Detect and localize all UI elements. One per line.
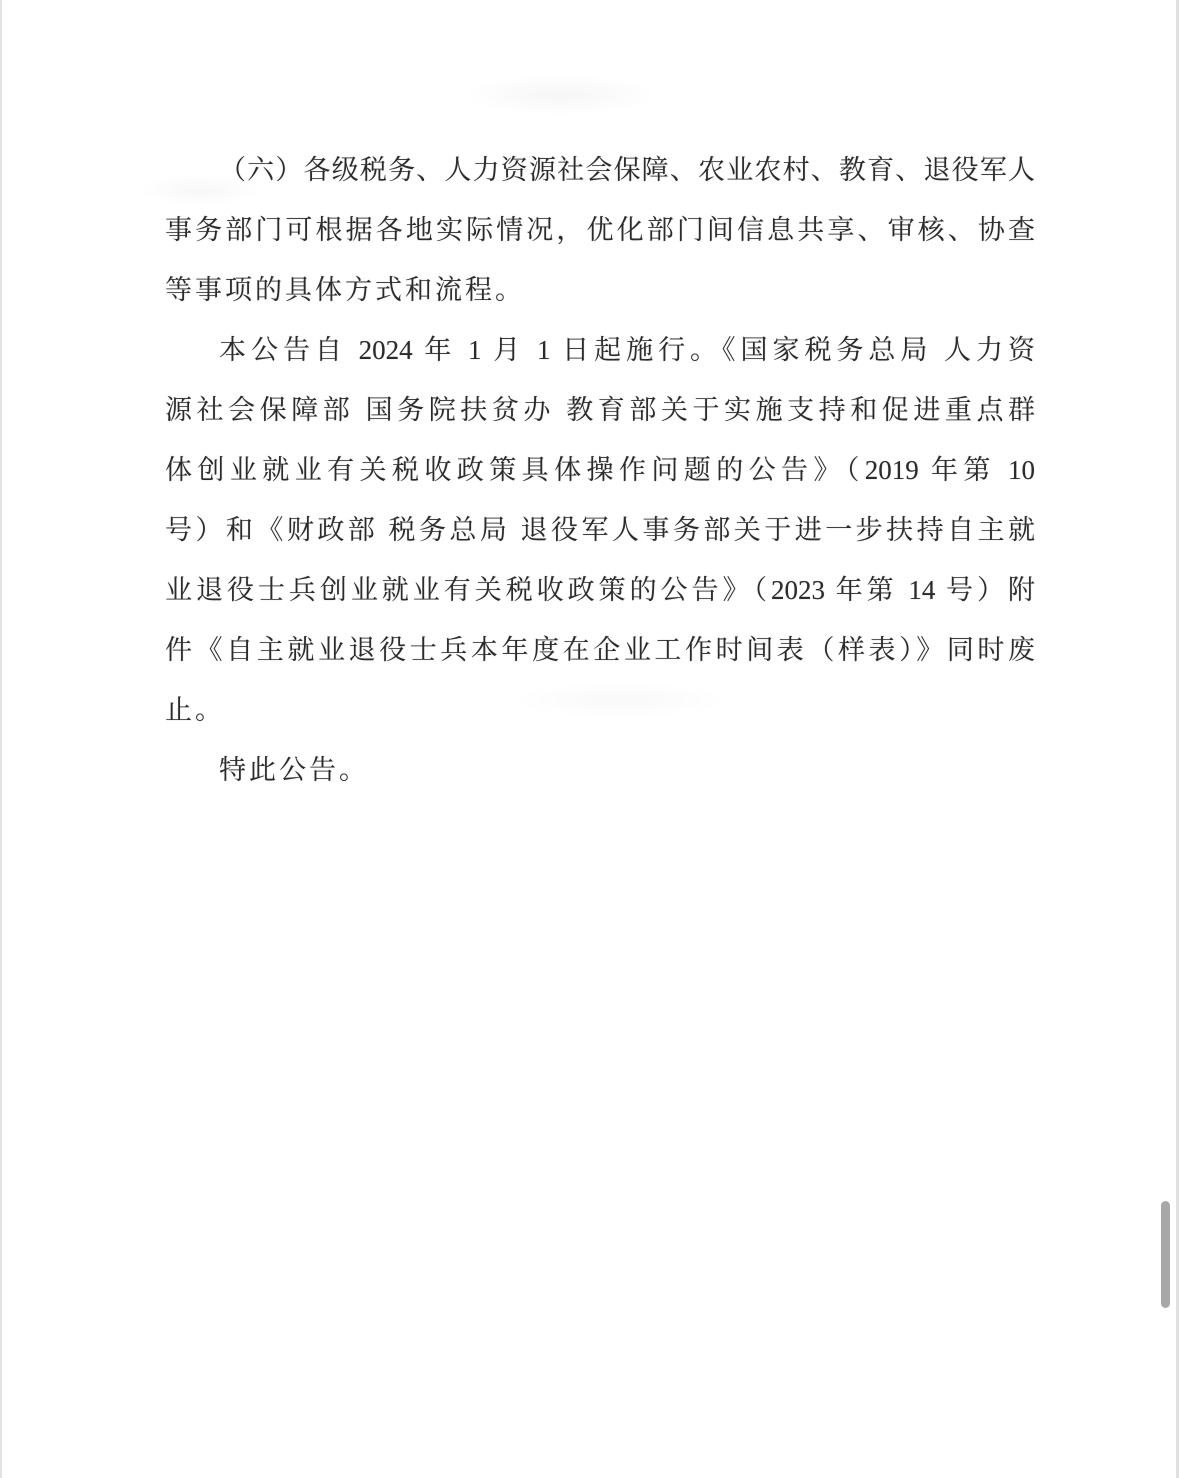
text-line: 体创业就业有关税收政策具体操作问题的公告》（2019 年第 10 — [165, 440, 1035, 500]
text-line: 等事项的具体方式和流程。 — [165, 260, 1035, 320]
text-line: 止。 — [165, 680, 1035, 740]
document-text-block: （六）各级税务、人力资源社会保障、农业农村、教育、退役军人事务部门可根据各地实际… — [165, 140, 1035, 800]
text-line: 业退役士兵创业就业有关税收政策的公告》（2023 年第 14 号）附 — [165, 560, 1035, 620]
text-line: 本公告自 2024 年 1 月 1 日起施行。《国家税务总局 人力资 — [165, 320, 1035, 380]
page-left-edge — [0, 0, 2, 1478]
document-page: （六）各级税务、人力资源社会保障、农业农村、教育、退役军人事务部门可根据各地实际… — [0, 0, 1179, 1478]
text-line: 源社会保障部 国务院扶贫办 教育部关于实施支持和促进重点群 — [165, 380, 1035, 440]
text-line: 事务部门可根据各地实际情况，优化部门间信息共享、审核、协查 — [165, 200, 1035, 260]
text-line: 号）和《财政部 税务总局 退役军人事务部关于进一步扶持自主就 — [165, 500, 1035, 560]
scrollbar-thumb[interactable] — [1161, 1201, 1170, 1308]
text-line: 特此公告。 — [165, 740, 1035, 800]
text-line: 件《自主就业退役士兵本年度在企业工作时间表（样表）》同时废 — [165, 620, 1035, 680]
text-line: （六）各级税务、人力资源社会保障、农业农村、教育、退役军人 — [165, 140, 1035, 200]
